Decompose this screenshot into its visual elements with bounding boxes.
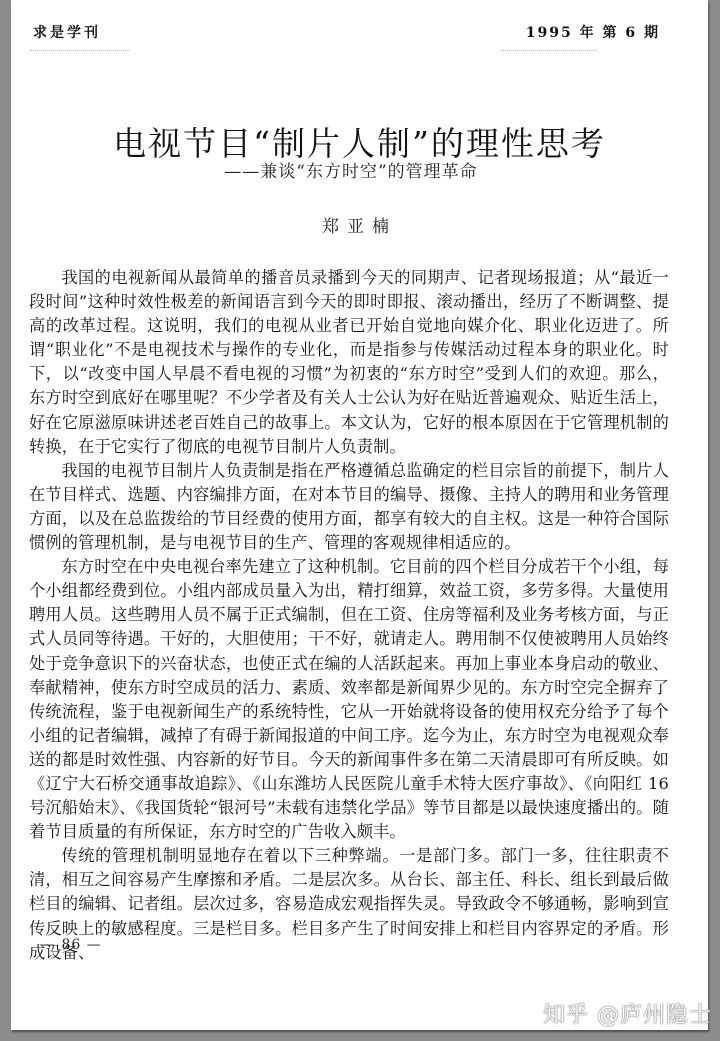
page-number: — 86 — <box>41 937 102 953</box>
watermark: 知乎 @庐州隐士 <box>543 998 712 1029</box>
article-author: 郑亚楠 <box>11 212 708 237</box>
article-subtitle: ——兼谈“东方时空”的管理革命 <box>11 157 691 182</box>
issue-label: 1995 年 第 6 期 <box>526 22 660 42</box>
header-rule-right <box>501 50 596 51</box>
paragraph: 传统的管理机制明显地存在着以下三种弊端。一是部门多。部门一多，往往职责不清，相互… <box>29 844 669 964</box>
journal-name: 求是学刊 <box>33 22 101 42</box>
document-page: 求是学刊 1995 年 第 6 期 电视节目“制片人制”的理性思考 ——兼谈“东… <box>11 0 708 1030</box>
header-rule-left <box>30 50 130 51</box>
article-body: 我国的电视新闻从最简单的播音员录播到今天的同期声、记者现场报道；从“最近一段时间… <box>29 266 669 965</box>
paragraph: 东方时空在中央电视台率先建立了这种机制。它目前的四个栏目分成若干个小组，每个小组… <box>29 555 669 844</box>
paragraph: 我国的电视节目制片人负责制是指在严格遵循总监确定的栏目宗旨的前提下，制片人在节目… <box>29 459 669 555</box>
paragraph: 我国的电视新闻从最简单的播音员录播到今天的同期声、记者现场报道；从“最近一段时间… <box>29 266 669 459</box>
